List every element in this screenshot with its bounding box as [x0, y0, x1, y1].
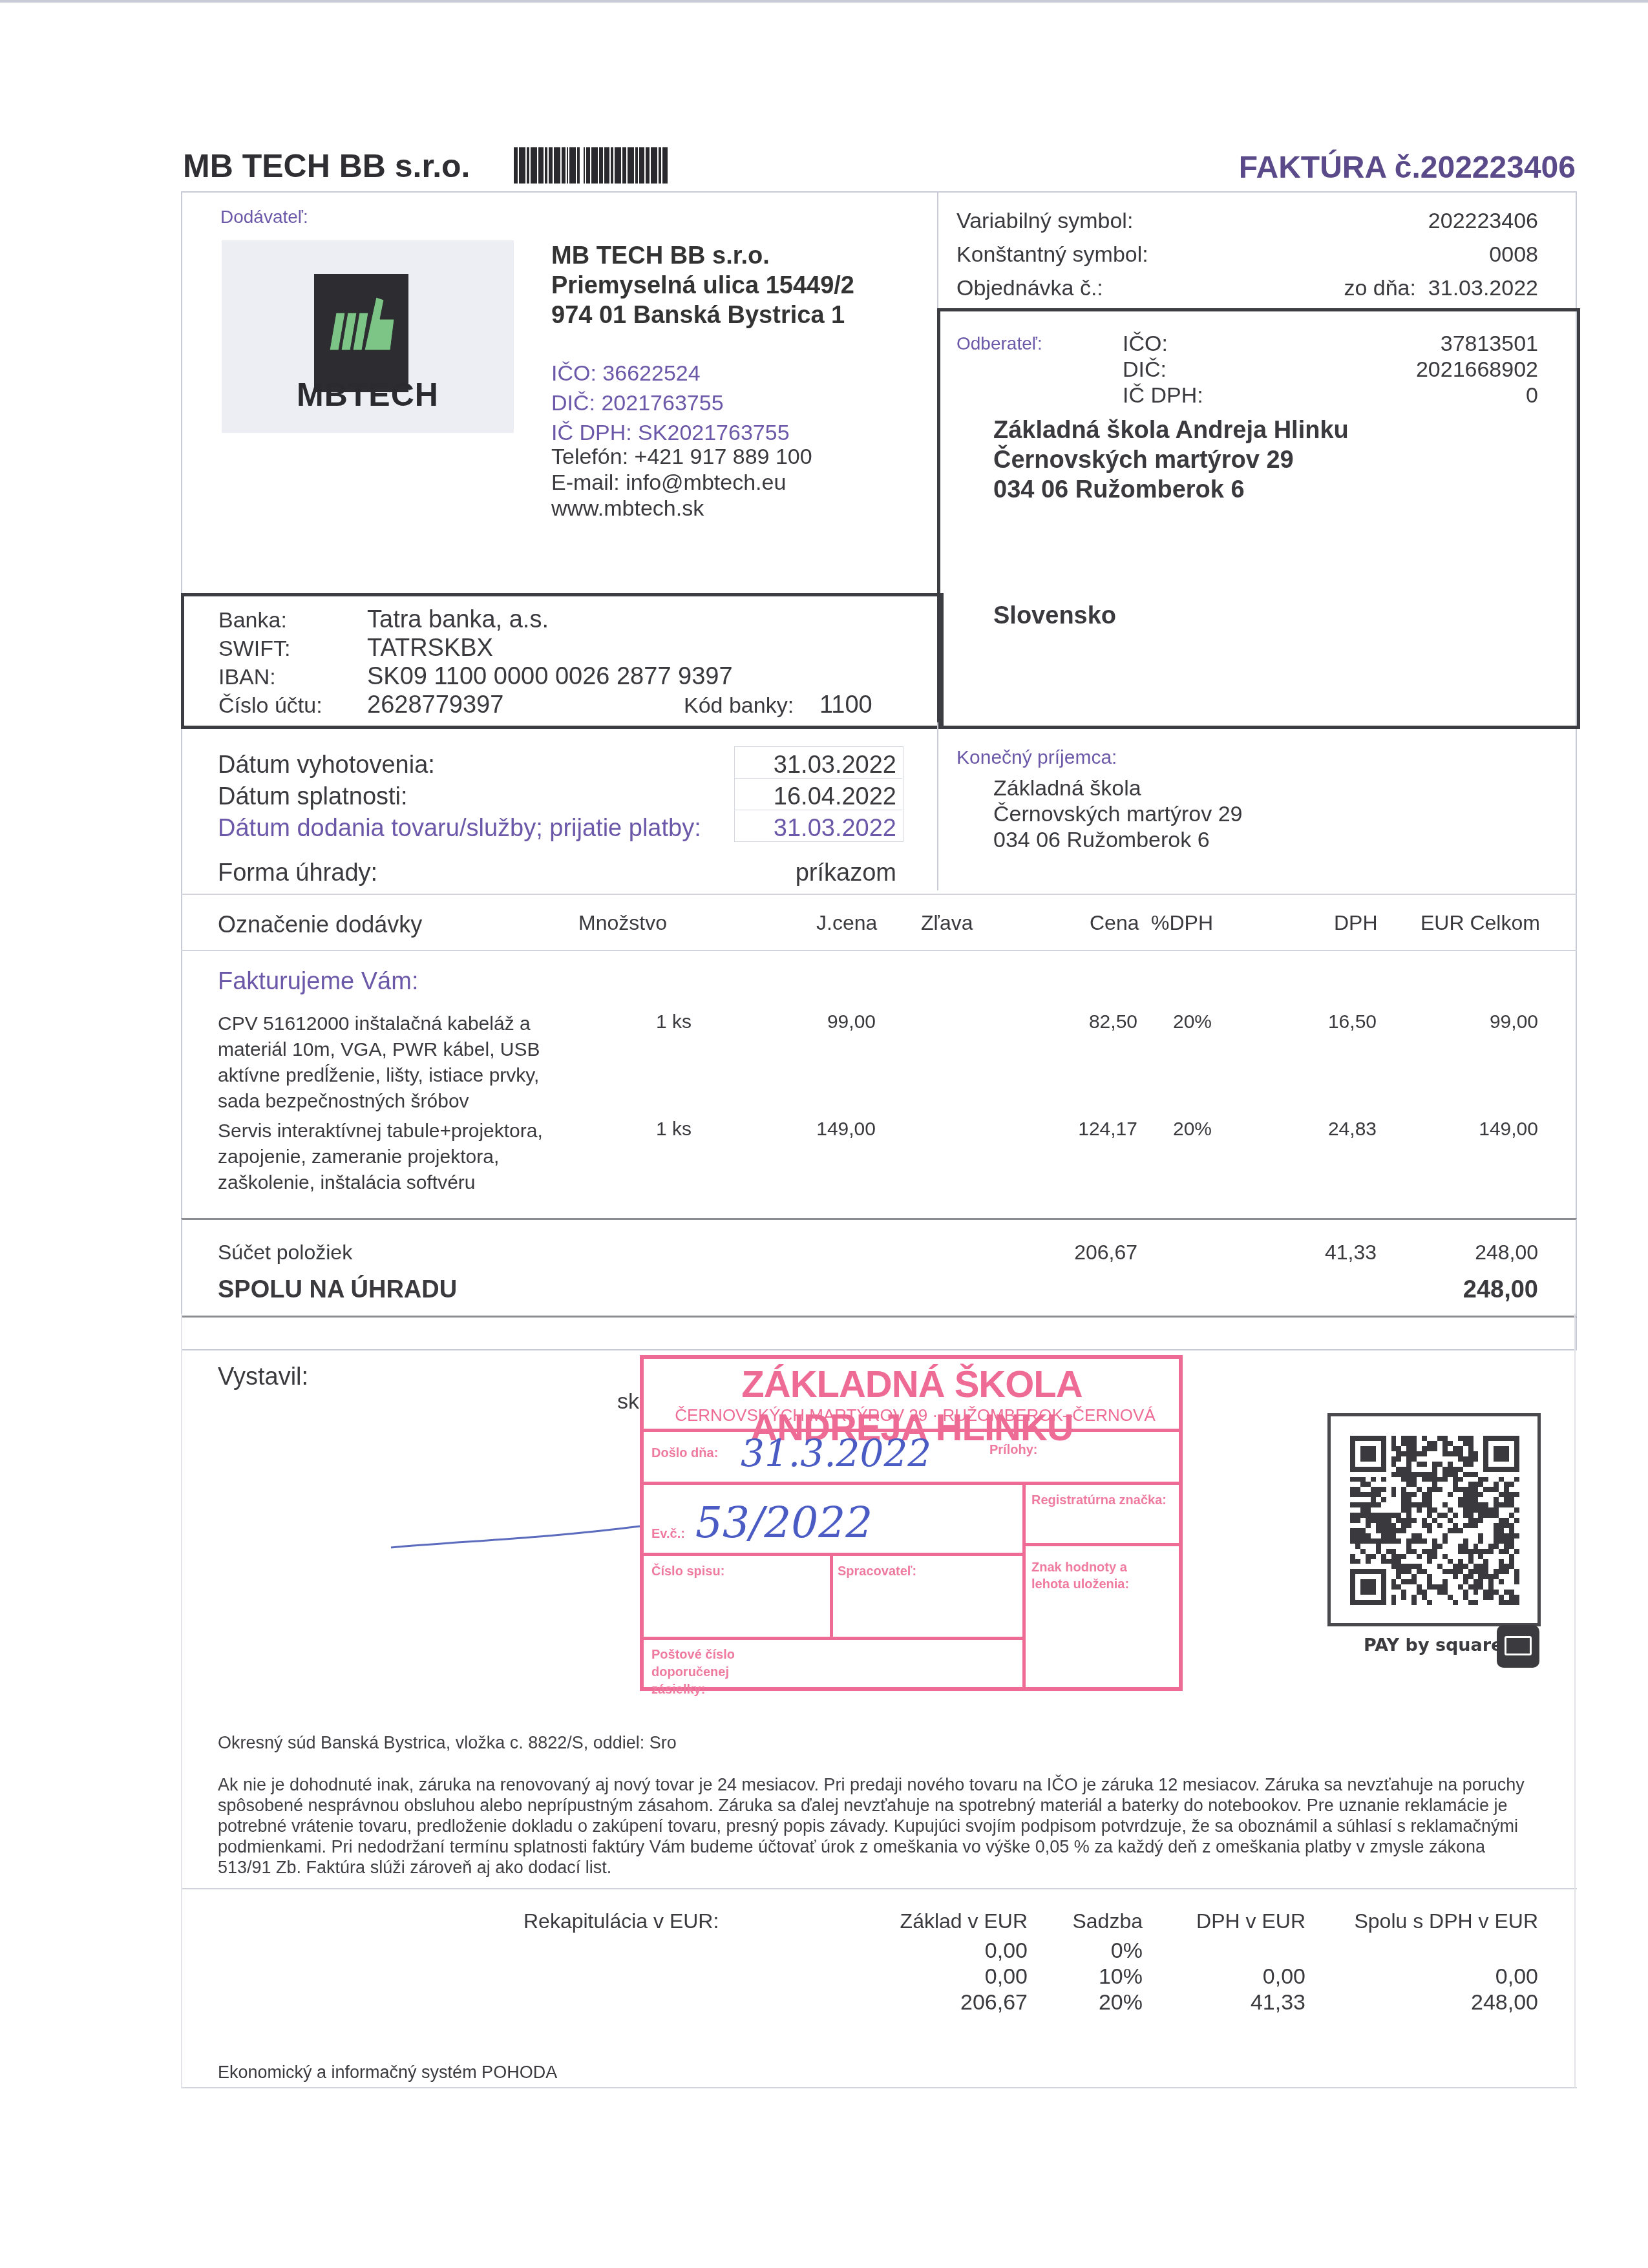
- item-vat-rate: 20%: [1173, 1011, 1212, 1033]
- col-price: Cena: [1090, 911, 1139, 935]
- customer-street: Černovských martýrov 29: [993, 445, 1349, 475]
- recipient-city: 034 06 Ružomberok 6: [993, 827, 1242, 853]
- item-vat-rate: 20%: [1173, 1118, 1212, 1140]
- supplier-name: MB TECH BB s.r.o.: [551, 241, 854, 271]
- item-unit-price: 99,00: [743, 1011, 876, 1033]
- item-vat: 16,50: [1247, 1011, 1377, 1033]
- logo-text: MBTECH: [222, 376, 514, 414]
- customer-ico-label: IČO:: [1123, 331, 1168, 357]
- account-value: 2628779397: [367, 691, 684, 719]
- col-total: EUR Celkom: [1421, 911, 1540, 935]
- payment-method-value: príkazom: [796, 857, 896, 889]
- bank-value: Tatra banka, a.s.: [367, 606, 549, 634]
- issued-by-partial: sk: [617, 1389, 639, 1414]
- item-description-line: zaškolenie, inštalácia softvéru: [218, 1170, 543, 1196]
- recap-col-vat: DPH v EUR: [1176, 1909, 1305, 1933]
- customer-ids: IČO:37813501 DIČ:2021668902 IČ DPH:0: [1123, 331, 1538, 408]
- col-discount: Zľava: [921, 911, 973, 935]
- divider: [830, 1553, 833, 1637]
- stamp-ev-label: Ev.č.:: [651, 1527, 685, 1542]
- divider: [181, 894, 1577, 895]
- delivery-date-label: Dátum dodania tovaru/služby; prijatie pl…: [218, 813, 701, 845]
- recipient-name: Základná škola: [993, 775, 1242, 801]
- column-divider: [937, 722, 938, 890]
- court-registration: Okresný súd Banská Bystrica, vložka c. 8…: [218, 1733, 677, 1753]
- issued-by-label: Vystavil:: [218, 1363, 308, 1391]
- variable-symbol-label: Variabilný symbol:: [956, 204, 1133, 238]
- stamp-subtitle: ČERNOVSKÝCH MARTÝROV 29 · RUŽOMBEROK–ČER…: [663, 1405, 1167, 1425]
- header-company: MB TECH BB s.r.o.: [183, 147, 470, 185]
- sum-total: 248,00: [1409, 1241, 1538, 1265]
- sum-price: 206,67: [1008, 1241, 1137, 1265]
- supplier-phone: Telefón: +421 917 889 100: [551, 444, 812, 470]
- payment-method-label: Forma úhrady:: [218, 857, 377, 889]
- supplier-address: MB TECH BB s.r.o. Priemyselná ulica 1544…: [551, 241, 854, 330]
- recipient-label: Konečný príjemca:: [956, 747, 1117, 769]
- constant-symbol-value: 0008: [1489, 238, 1538, 271]
- order-label: Objednávka č.:: [956, 271, 1103, 305]
- recap-col-rate: Sadzba: [1047, 1909, 1143, 1933]
- delivery-date-value: 31.03.2022: [774, 813, 896, 845]
- pay-by-square-label: PAY by square: [1364, 1635, 1503, 1655]
- barcode-icon: [514, 147, 871, 184]
- warranty-terms: Ak nie je dohodnuté inak, záruka na reno…: [218, 1774, 1543, 1878]
- stamp-received-label: Došlo dňa:: [651, 1446, 718, 1461]
- item-description-line: CPV 51612000 inštalačná kabeláž a: [218, 1011, 540, 1037]
- recap-rate: 20%: [1047, 1990, 1143, 2015]
- issue-date-value: 31.03.2022: [774, 750, 896, 781]
- item-total: 149,00: [1409, 1118, 1538, 1140]
- supplier-ico: IČO: 36622524: [551, 359, 812, 388]
- col-vat-rate: %DPH: [1151, 911, 1213, 935]
- order-date: zo dňa: 31.03.2022: [1344, 271, 1538, 305]
- customer-ico-value: 37813501: [1441, 331, 1538, 357]
- bank-details: Banka:Tatra banka, a.s. SWIFT:TATRSKBX I…: [218, 606, 903, 720]
- divider: [644, 1553, 1024, 1556]
- item-total: 99,00: [1409, 1011, 1538, 1033]
- recap-label: Rekapitulácia v EUR:: [523, 1909, 719, 1933]
- divider: [181, 1888, 1577, 1889]
- divider: [181, 2087, 1577, 2088]
- stamp-received-value: 31.3.2022: [741, 1431, 931, 1475]
- stamp-registry-label: Registratúrna značka:: [1031, 1493, 1167, 1508]
- sum-label: Súčet položiek: [218, 1241, 352, 1265]
- amount-due-label: SPOLU NA ÚHRADU: [218, 1276, 457, 1304]
- recap-col-total: Spolu s DPH v EUR: [1312, 1909, 1538, 1933]
- item-unit-price: 149,00: [743, 1118, 876, 1140]
- frame-left: [181, 1314, 182, 2088]
- due-date-label: Dátum splatnosti:: [218, 781, 408, 813]
- company-logo: MBTECH: [222, 240, 514, 433]
- item-quantity: 1 ks: [656, 1118, 692, 1140]
- supplier-web[interactable]: www.mbtech.sk: [551, 496, 812, 521]
- recipient-address: Základná škola Černovských martýrov 29 0…: [993, 775, 1242, 853]
- iban-label: IBAN:: [218, 665, 367, 690]
- stamp-file-label: Číslo spisu:: [651, 1564, 724, 1579]
- item-description: CPV 51612000 inštalačná kabeláž amateriá…: [218, 1011, 540, 1115]
- customer-address: Základná škola Andreja Hlinku Černovskýc…: [993, 415, 1349, 505]
- stamp-ev-value: 53/2022: [695, 1498, 872, 1548]
- iban-value: SK09 1100 0000 0026 2877 9397: [367, 663, 733, 691]
- bank-code-label: Kód banky:: [684, 693, 819, 719]
- divider: [1022, 1482, 1026, 1688]
- item-price: 82,50: [1008, 1011, 1137, 1033]
- items-intro: Fakturujeme Vám:: [218, 968, 418, 996]
- supplier-label: Dodávateľ:: [220, 207, 308, 227]
- customer-ic-dph-value: 0: [1526, 383, 1538, 408]
- card-icon: [1497, 1625, 1539, 1668]
- col-description: Označenie dodávky: [218, 911, 422, 938]
- item-description-line: Servis interaktívnej tabule+projektora,: [218, 1118, 543, 1144]
- registry-stamp: ZÁKLADNÁ ŠKOLA ANDREJA HLINKU ČERNOVSKÝC…: [640, 1355, 1183, 1691]
- customer-dic-value: 2021668902: [1416, 357, 1538, 383]
- item-quantity: 1 ks: [656, 1011, 692, 1033]
- item-vat: 24,83: [1247, 1118, 1377, 1140]
- supplier-street: Priemyselná ulica 15449/2: [551, 271, 854, 300]
- recap-vat: 41,33: [1176, 1990, 1305, 2015]
- invoice-title: FAKTÚRA č.202223406: [1239, 150, 1576, 185]
- customer-ic-dph-label: IČ DPH:: [1123, 383, 1203, 408]
- recap-base: 0,00: [834, 1938, 1028, 1964]
- constant-symbol-label: Konštantný symbol:: [956, 238, 1148, 271]
- account-label: Číslo účtu:: [218, 693, 367, 719]
- divider: [644, 1482, 1180, 1485]
- stamp-handler-label: Spracovateľ:: [838, 1564, 916, 1579]
- supplier-contacts: IČO: 36622524 DIČ: 2021763755 IČ DPH: SK…: [551, 359, 812, 521]
- due-date-value: 16.04.2022: [774, 781, 896, 813]
- qr-code[interactable]: [1327, 1413, 1541, 1626]
- dates-block: Dátum vyhotovenia:31.03.2022 Dátum splat…: [218, 750, 896, 889]
- recap-rate: 10%: [1047, 1964, 1143, 1990]
- supplier-email: E-mail: info@mbtech.eu: [551, 470, 812, 496]
- recap-total: 0,00: [1312, 1964, 1538, 1990]
- item-description-line: sada bezpečnostných šróbov: [218, 1089, 540, 1115]
- logo-mark-icon: [314, 274, 408, 392]
- divider: [1022, 1543, 1180, 1546]
- item-description: Servis interaktívnej tabule+projektora,z…: [218, 1118, 543, 1196]
- stamp-value-label: Znak hodnoty a lehota uloženia:: [1031, 1559, 1161, 1593]
- customer-name: Základná škola Andreja Hlinku: [993, 415, 1349, 445]
- recap-base: 0,00: [834, 1964, 1028, 1990]
- bank-code-value: 1100: [819, 691, 872, 719]
- signature-line: [388, 1518, 646, 1557]
- col-vat: DPH: [1334, 911, 1378, 935]
- item-description-line: aktívne predĺženie, lišty, istiace prvky…: [218, 1063, 540, 1089]
- stamp-post-label: Poštové číslo doporučenej zásielky:: [651, 1646, 748, 1699]
- frame-right: [1574, 1314, 1576, 2088]
- recap-rate: 0%: [1047, 1938, 1143, 1964]
- recap-total: 248,00: [1312, 1990, 1538, 2015]
- divider: [181, 950, 1577, 951]
- customer-city: 034 06 Ružomberok 6: [993, 475, 1349, 505]
- col-unit-price: J.cena: [816, 911, 877, 935]
- item-description-line: materiál 10m, VGA, PWR kábel, USB: [218, 1037, 540, 1063]
- sum-vat: 41,33: [1247, 1241, 1377, 1265]
- symbols-block: Variabilný symbol:202223406 Konštantný s…: [956, 204, 1538, 305]
- issue-date-label: Dátum vyhotovenia:: [218, 750, 435, 781]
- divider: [644, 1637, 1024, 1640]
- swift-value: TATRSKBX: [367, 635, 493, 662]
- recap-base: 206,67: [834, 1990, 1028, 2015]
- customer-label: Odberateľ:: [956, 333, 1042, 354]
- customer-dic-label: DIČ:: [1123, 357, 1167, 383]
- recap-vat: 0,00: [1176, 1964, 1305, 1990]
- customer-country: Slovensko: [993, 602, 1116, 630]
- variable-symbol-value: 202223406: [1428, 204, 1538, 238]
- software-footer: Ekonomický a informačný systém POHODA: [218, 2063, 557, 2083]
- stamp-attachments-label: Prílohy:: [989, 1443, 1037, 1458]
- recap-col-base: Základ v EUR: [834, 1909, 1028, 1933]
- item-price: 124,17: [1008, 1118, 1137, 1140]
- bank-label: Banka:: [218, 608, 367, 633]
- swift-label: SWIFT:: [218, 636, 367, 662]
- item-description-line: zapojenie, zameranie projektora,: [218, 1144, 543, 1170]
- supplier-city: 974 01 Banská Bystrica 1: [551, 300, 854, 330]
- amount-due-value: 248,00: [1377, 1276, 1538, 1304]
- col-quantity: Množstvo: [578, 911, 667, 935]
- page-top-edge: [0, 0, 1648, 3]
- recipient-street: Černovských martýrov 29: [993, 801, 1242, 827]
- supplier-dic: DIČ: 2021763755: [551, 388, 812, 418]
